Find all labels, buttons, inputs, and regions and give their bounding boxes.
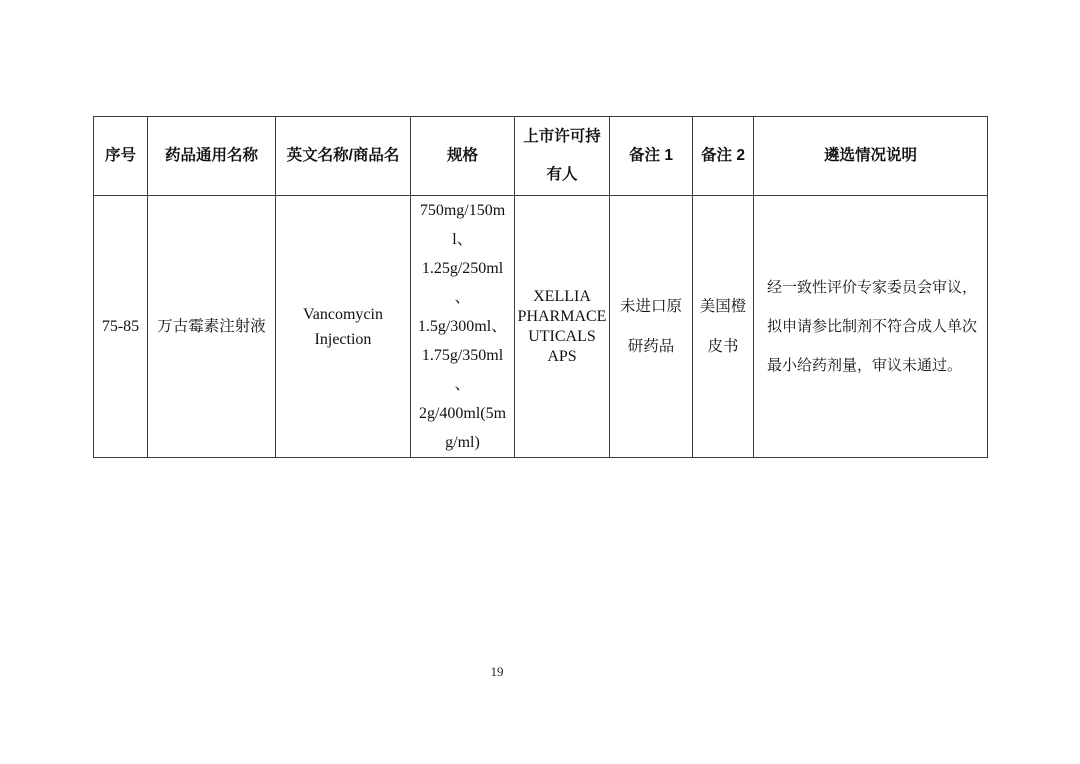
header-spec: 规格 <box>411 117 515 196</box>
cell-note1: 未进口原 研药品 <box>610 196 693 458</box>
cell-english-name: Vancomycin Injection <box>276 196 411 458</box>
header-note1: 备注 1 <box>610 117 693 196</box>
cell-selection-status: 经一致性评价专家委员会审议， 拟申请参比制剂不符合成人单次 最小给药剂量，审议未… <box>754 196 988 458</box>
drug-selection-table: 序号 药品通用名称 英文名称/商品名 规格 上市许可持 有人 备注 1 备注 2… <box>93 116 988 458</box>
header-generic-name: 药品通用名称 <box>148 117 276 196</box>
cell-holder: XELLIA PHARMACE UTICALS APS <box>515 196 610 458</box>
header-seq: 序号 <box>94 117 148 196</box>
cell-note2: 美国橙 皮书 <box>693 196 754 458</box>
cell-seq: 75-85 <box>94 196 148 458</box>
header-english-name: 英文名称/商品名 <box>276 117 411 196</box>
header-selection-status: 遴选情况说明 <box>754 117 988 196</box>
header-holder: 上市许可持 有人 <box>515 117 610 196</box>
cell-spec: 750mg/150m l、 1.25g/250ml 、 1.5g/300ml、 … <box>411 196 515 458</box>
document-page: 序号 药品通用名称 英文名称/商品名 规格 上市许可持 有人 备注 1 备注 2… <box>0 0 1080 764</box>
header-note2: 备注 2 <box>693 117 754 196</box>
cell-generic-name: 万古霉素注射液 <box>148 196 276 458</box>
page-number: 19 <box>0 664 994 680</box>
